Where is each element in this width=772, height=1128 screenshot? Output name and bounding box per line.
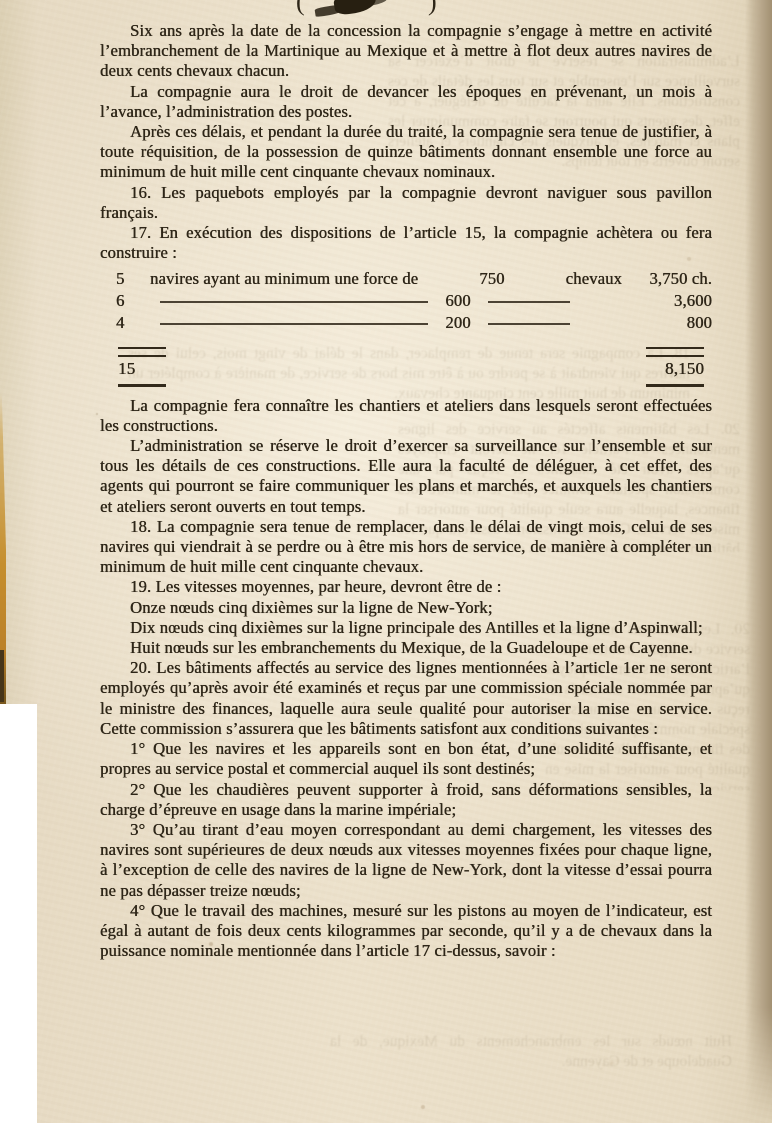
total-ships-value: 15 [118,357,166,383]
paragraph-condition-1: 1° Que les navires et les appareils sont… [100,739,712,779]
page-right-edge-shadow [745,0,772,1120]
paragraph: Six ans après la date de la concession l… [100,21,712,82]
total-power-value: 8,150 [646,357,704,383]
table-row: 6 600 3,600 [116,291,712,313]
ditto-rule [160,301,428,303]
book-gutter-dark-edge [0,650,4,702]
double-rule [646,347,704,357]
paragraph: Après ces délais, et pendant la durée du… [100,122,712,183]
paragraph: La compagnie aura le droit de devancer l… [100,82,712,122]
ditto-rule [160,323,428,325]
bleedthrough-text: Huit nœuds sur les embranchements du Mex… [330,1032,732,1072]
thick-rule [646,384,704,387]
row-total: 3,750 ch. [622,269,712,289]
ship-count: 4 [116,313,150,333]
ships-horsepower-table: 5 navires ayant au minimum une force de … [116,269,712,386]
paragraph-condition-2: 2° Que les chaudières peuvent supporter … [100,780,712,820]
paragraph-condition-3: 3° Qu’au tirant d’eau moyen correspondan… [100,820,712,901]
paragraph: La compagnie fera connaître les chantier… [100,396,712,436]
ship-count: 5 [116,269,150,289]
ditto-rule [488,301,570,303]
row-power: 600 [438,291,478,311]
row-power-unit: chevaux [566,269,622,289]
row-label: navires ayant au minimum une force de 75… [150,269,622,289]
row-total: 800 [622,313,712,333]
paper-speckles [0,0,2,2]
header-open-paren: ( [296,0,305,17]
row-label-text: navires ayant au minimum une force de [150,269,418,289]
ink-smudge [333,0,378,16]
scan-background-bottom [0,1123,772,1128]
ditto-rule [488,323,570,325]
paragraph: Onze nœuds cinq dixièmes sur la ligne de… [100,598,712,618]
double-rule [118,347,166,357]
table-row: 5 navires ayant au minimum une force de … [116,269,712,291]
table-row: 4 200 800 [116,313,712,335]
total-power-column: 8,150 [646,347,704,386]
scanned-document-page: L’administration se réserve le droit d’e… [0,0,772,1128]
paragraph-article-20: 20. Les bâtiments affectés au service de… [100,658,712,739]
row-total: 3,600 [622,291,712,311]
total-ships-column: 15 [118,347,166,386]
paragraph-article-19: 19. Les vitesses moyennes, par heure, de… [100,577,712,597]
thick-rule [118,384,166,387]
ship-count: 6 [116,291,150,311]
page-text-block: Six ans après la date de la concession l… [100,21,712,961]
paragraph-condition-4: 4° Que le travail des machines, mesuré s… [100,901,712,962]
row-power: 750 [479,269,504,289]
paragraph-article-16: 16. Les paquebots employés par la compag… [100,183,712,223]
scan-background-left [0,704,37,1128]
table-totals-row: 15 8,150 [116,347,712,386]
paragraph-article-18: 18. La compagnie sera tenue de remplacer… [100,517,712,578]
row-power: 200 [438,313,478,333]
header-close-paren: ) [428,0,437,17]
paragraph: L’administration se réserve le droit d’e… [100,436,712,517]
paragraph-article-17: 17. En exécution des dispositions de l’a… [100,223,712,263]
paragraph: Huit nœuds sur les embranchements du Mex… [100,638,712,658]
paragraph: Dix nœuds cinq dixièmes sur la ligne pri… [100,618,712,638]
